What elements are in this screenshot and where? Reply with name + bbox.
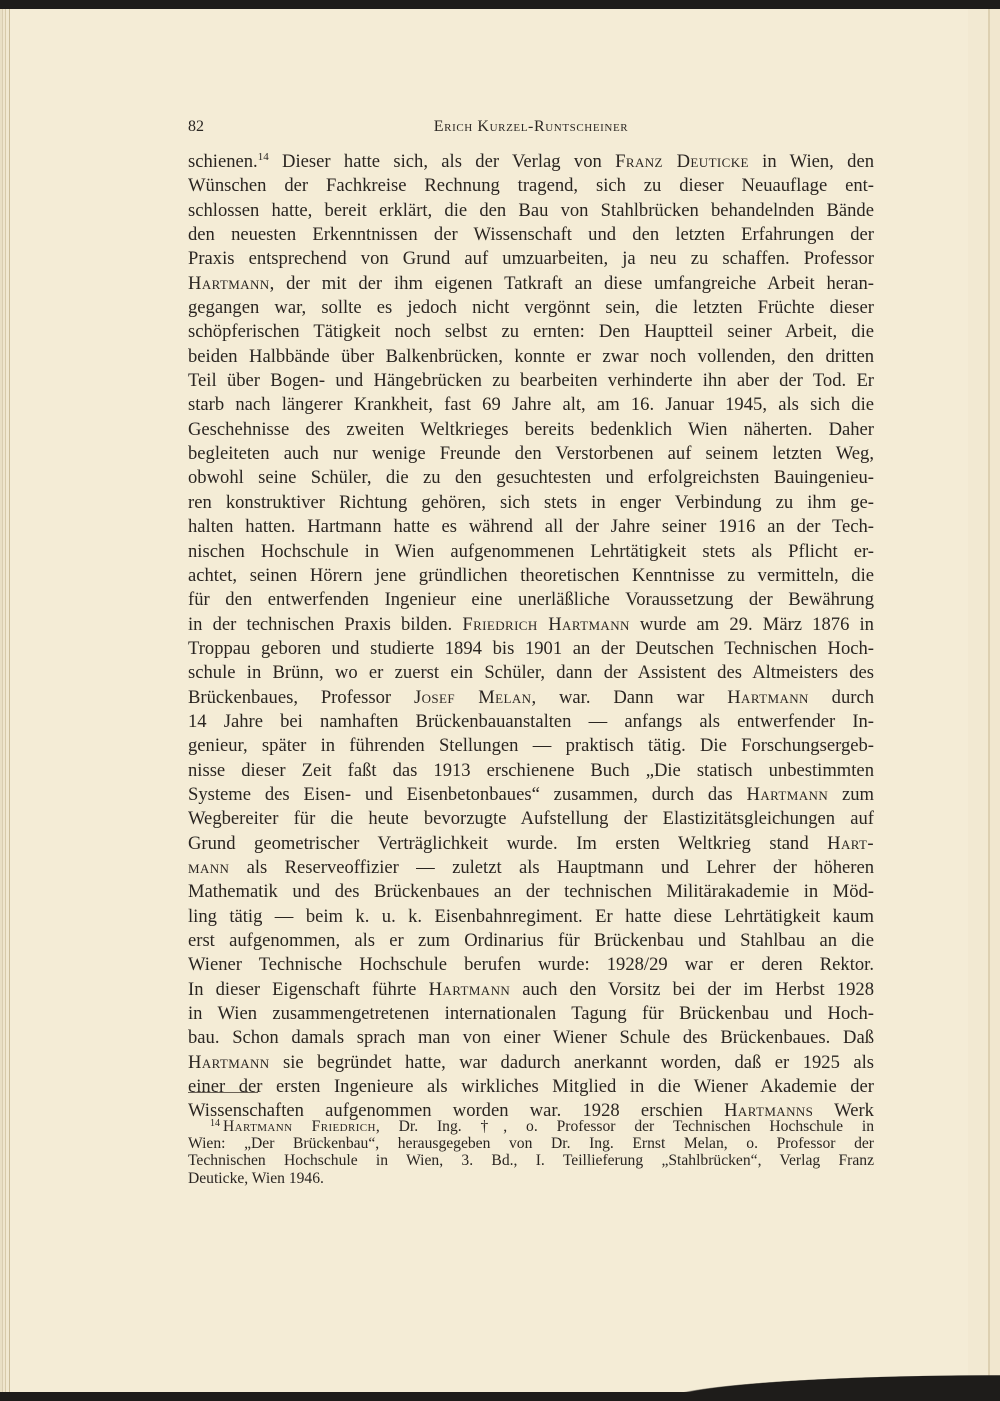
text-line: mann als Reserveoffizier — zuletzt als H… <box>188 856 874 880</box>
text-line: für den entwerfenden Ingenieur eine uner… <box>188 588 874 612</box>
text-line: Grund geometrischer Verträglichkeit wurd… <box>188 832 874 856</box>
text-line: 14 Jahre bei namhaften Brückenbauanstalt… <box>188 710 874 734</box>
text-line: Hartmann, der mit der ihm eigenen Tatkra… <box>188 272 874 296</box>
small-caps-name: Hart- <box>827 833 874 854</box>
text-line: Teil über Bogen- und Hängebrücken zu bea… <box>188 369 874 393</box>
text-line: ling tätig — beim k. u. k. Eisenbahnregi… <box>188 905 874 929</box>
footnote-line: Deuticke, Wien 1946. <box>188 1170 874 1187</box>
text-line: In dieser Eigenschaft führte Hartmann au… <box>188 978 874 1002</box>
footnote-line: Wien: „Der Brückenbau“, herausgegeben vo… <box>188 1135 874 1152</box>
text-line: Wiener Technische Hochschule berufen wur… <box>188 953 874 977</box>
text-line: begleiteten auch nur wenige Freunde den … <box>188 442 874 466</box>
footnote-number: 14 <box>210 1118 220 1129</box>
text-line: Mathematik und des Brückenbaues an der t… <box>188 880 874 904</box>
text-line: erst aufgenommen, als er zum Ordinarius … <box>188 929 874 953</box>
footnote-line: 14Hartmann Friedrich, Dr. Ing. †, o. Pro… <box>188 1118 874 1135</box>
text-line: Praxis entsprechend von Grund auf umzuar… <box>188 247 874 271</box>
page-gutter-right-edge <box>968 9 1000 1392</box>
small-caps-name: Franz Deuticke <box>615 151 749 172</box>
text-line: schlossen hatte, bereit erklärt, die den… <box>188 199 874 223</box>
small-caps-name: Friedrich Hartmann <box>462 614 629 635</box>
text-line: Troppau geboren und studierte 1894 bis 1… <box>188 637 874 661</box>
text-line: Systeme des Eisen- und Eisenbetonbaues“ … <box>188 783 874 807</box>
text-line: Wegbereiter für die heute bevorzugte Auf… <box>188 807 874 831</box>
text-line: in Wien zusammengetretenen international… <box>188 1002 874 1026</box>
small-caps-name: Josef Melan <box>414 687 532 708</box>
small-caps-name: Hartmann <box>429 979 511 1000</box>
footnote-line: Technischen Hochschule in Wien, 3. Bd., … <box>188 1152 874 1169</box>
small-caps-name: Hartmann <box>727 687 809 708</box>
text-line: schule in Brünn, wo er zuerst ein Schüle… <box>188 661 874 685</box>
text-line: schienen.14 Dieser hatte sich, als der V… <box>188 150 874 174</box>
text-line: obwohl seine Schüler, die zu den gesucht… <box>188 466 874 490</box>
text-line: Brückenbaues, Professor Josef Melan, war… <box>188 686 874 710</box>
main-text: schienen.14 Dieser hatte sich, als der V… <box>188 150 874 1124</box>
text-line: Hartmann sie begründet hatte, war dadurc… <box>188 1051 874 1075</box>
text-line: starb nach längerer Krankheit, fast 69 J… <box>188 393 874 417</box>
text-line: achtet, seinen Hörern jene gründlichen t… <box>188 564 874 588</box>
small-caps-name: Hartmann Friedrich <box>223 1118 376 1135</box>
text-line: in der technischen Praxis bilden. Friedr… <box>188 613 874 637</box>
text-line: gegangen war, sollte es jedoch nicht ver… <box>188 296 874 320</box>
small-caps-name: Hartmann <box>747 784 829 805</box>
text-line: nischen Hochschule in Wien aufgenommenen… <box>188 540 874 564</box>
page-curl-shadow <box>480 1361 1000 1401</box>
text-line: schöpferischen Tätigkeit noch selbst zu … <box>188 320 874 344</box>
text-line: Wünschen der Fachkreise Rechnung tragend… <box>188 174 874 198</box>
running-title: Erich Kurzel-Runtscheiner <box>188 118 874 136</box>
text-line: einer der ersten Ingenieure als wirklich… <box>188 1075 874 1099</box>
footnote-reference: 14 <box>258 151 269 163</box>
text-line: Geschehnisse des zweiten Weltkrieges ber… <box>188 418 874 442</box>
footnote: 14Hartmann Friedrich, Dr. Ing. †, o. Pro… <box>188 1118 874 1187</box>
small-caps-name: Hartmann <box>188 273 270 294</box>
text-line: bau. Schon damals sprach man von einer W… <box>188 1026 874 1050</box>
footnote-divider <box>188 1092 258 1093</box>
text-line: ren konstruktiver Richtung gehören, sich… <box>188 491 874 515</box>
text-line: nisse dieser Zeit faßt das 1913 erschien… <box>188 759 874 783</box>
page-stack-left-edge <box>0 9 12 1392</box>
text-line: halten hatten. Hartmann hatte es während… <box>188 515 874 539</box>
text-line: den neuesten Erkenntnissen der Wissensch… <box>188 223 874 247</box>
running-head: 82 Erich Kurzel-Runtscheiner <box>188 118 874 138</box>
small-caps-name: mann <box>188 857 229 878</box>
text-line: genieur, später in führenden Stellungen … <box>188 734 874 758</box>
small-caps-name: Hartmann <box>188 1052 270 1073</box>
text-line: beiden Halbbände über Balkenbrücken, kon… <box>188 345 874 369</box>
